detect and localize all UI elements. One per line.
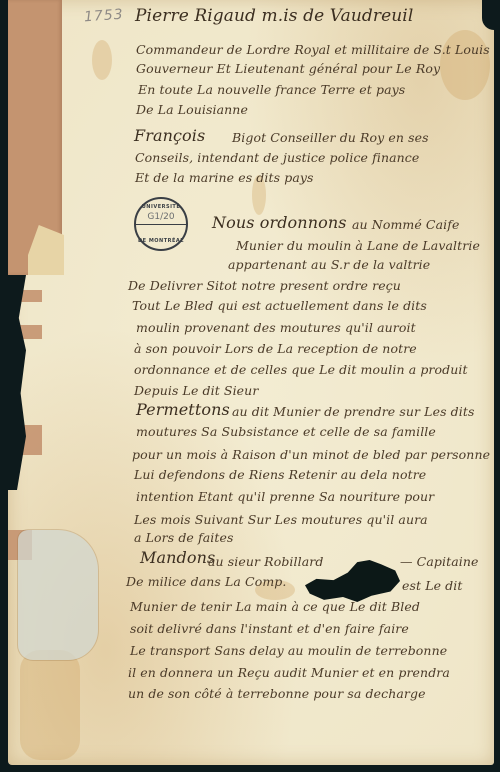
manuscript-line: Gouverneur Et Lieutenant général pour Le… [136,61,440,76]
manuscript-line: Permettons [136,400,230,419]
manuscript-line: Conseils, intendant de justice police fi… [135,150,419,165]
manuscript-line: moulin provenant des moutures qu'il auro… [136,320,416,335]
manuscript-line: Lui defendons de Riens Retenir au dela n… [134,467,426,482]
manuscript-line: Commandeur de Lordre Royal et millitaire… [136,42,490,57]
manuscript-line: à son pouvoir Lors de La reception de no… [134,341,417,356]
manuscript-line: intention Etant qu'il prenne Sa nouritur… [136,489,434,504]
manuscript-line: Munier du moulin à Lane de Lavaltrie [236,238,480,253]
manuscript-line: est Le dit [402,578,463,593]
manuscript-line: Pierre Rigaud m.is de Vaudreuil [135,6,413,26]
manuscript-line: Tout Le Bled qui est actuellement dans l… [132,298,427,313]
manuscript-line: au dit Munier de prendre sur Les dits [232,404,475,419]
scanned-manuscript-page: 1753 UNIVERSITÉ G1/20 DE MONTRÉAL Pierre… [0,0,500,772]
manuscript-line: au Nommé Caife [352,217,459,232]
manuscript-text: Pierre Rigaud m.is de VaudreuilCommandeu… [0,0,500,772]
manuscript-line: — Capitaine [400,554,479,569]
manuscript-line: Munier de tenir La main à ce que Le dit … [130,599,420,614]
manuscript-line: Mandons [140,548,215,567]
manuscript-line: Nous ordonnons [212,213,347,232]
manuscript-line: pour un mois à Raison d'un minot de bled… [132,447,490,462]
manuscript-line: au sieur Robillard [208,554,323,569]
manuscript-line: Depuis Le dit Sieur [134,383,258,398]
manuscript-line: appartenant au S.r de la valtrie [228,257,430,272]
manuscript-line: Le transport Sans delay au moulin de ter… [130,643,447,658]
manuscript-line: un de son côté à terrebonne pour sa dech… [128,686,426,701]
manuscript-line: il en donnera un Reçu audit Munier et en… [128,665,450,680]
manuscript-line: De milice dans La Comp. [126,574,286,589]
manuscript-line: Et de la marine es dits pays [135,170,314,185]
manuscript-line: Bigot Conseiller du Roy en ses [232,130,429,145]
manuscript-line: François [134,126,205,145]
manuscript-line: En toute La nouvelle france Terre et pay… [138,82,405,97]
manuscript-line: a Lors de faites [134,530,234,545]
manuscript-line: De La Louisianne [136,102,248,117]
manuscript-line: Les mois Suivant Sur Les moutures qu'il … [134,512,428,527]
manuscript-line: moutures Sa Subsistance et celle de sa f… [136,424,436,439]
manuscript-line: De Delivrer Sitot notre present ordre re… [128,278,401,293]
manuscript-line: soit delivré dans l'instant et d'en fair… [130,621,409,636]
manuscript-line: ordonnance et de celles que Le dit mouli… [134,362,468,377]
